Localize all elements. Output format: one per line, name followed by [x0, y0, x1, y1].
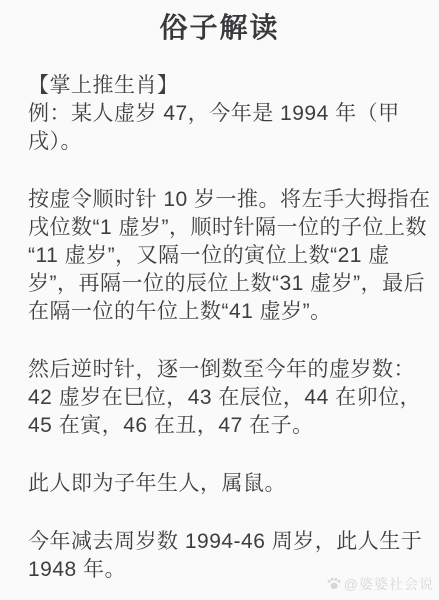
paragraph-counterclockwise-count: 然后逆时针，逐一倒数至今年的虚岁数： 42 虚岁在巳位，43 在辰位，44 在卯… [28, 356, 415, 440]
watermark-text: @婆婆社会说 [344, 574, 434, 594]
article-page: 俗子解读 【掌上推生肖】 例：某人虚岁 47，今年是 1994 年（甲 戌）。 … [0, 0, 439, 600]
paragraph-clockwise-count: 按虚令顺时针 10 岁一推。将左手大拇指在 戌位数“1 虚岁”，顺时针隔一位的子… [28, 186, 415, 326]
paragraph-zodiac-result: 此人即为子年生人，属鼠。 [28, 470, 415, 498]
paw-icon [326, 577, 341, 591]
article-body: 【掌上推生肖】 例：某人虚岁 47，今年是 1994 年（甲 戌）。 按虚令顺时… [0, 45, 439, 584]
page-title: 俗子解读 [0, 0, 439, 45]
paragraph-example-intro: 【掌上推生肖】 例：某人虚岁 47，今年是 1994 年（甲 戌）。 [28, 72, 415, 156]
watermark: @婆婆社会说 [326, 574, 434, 594]
